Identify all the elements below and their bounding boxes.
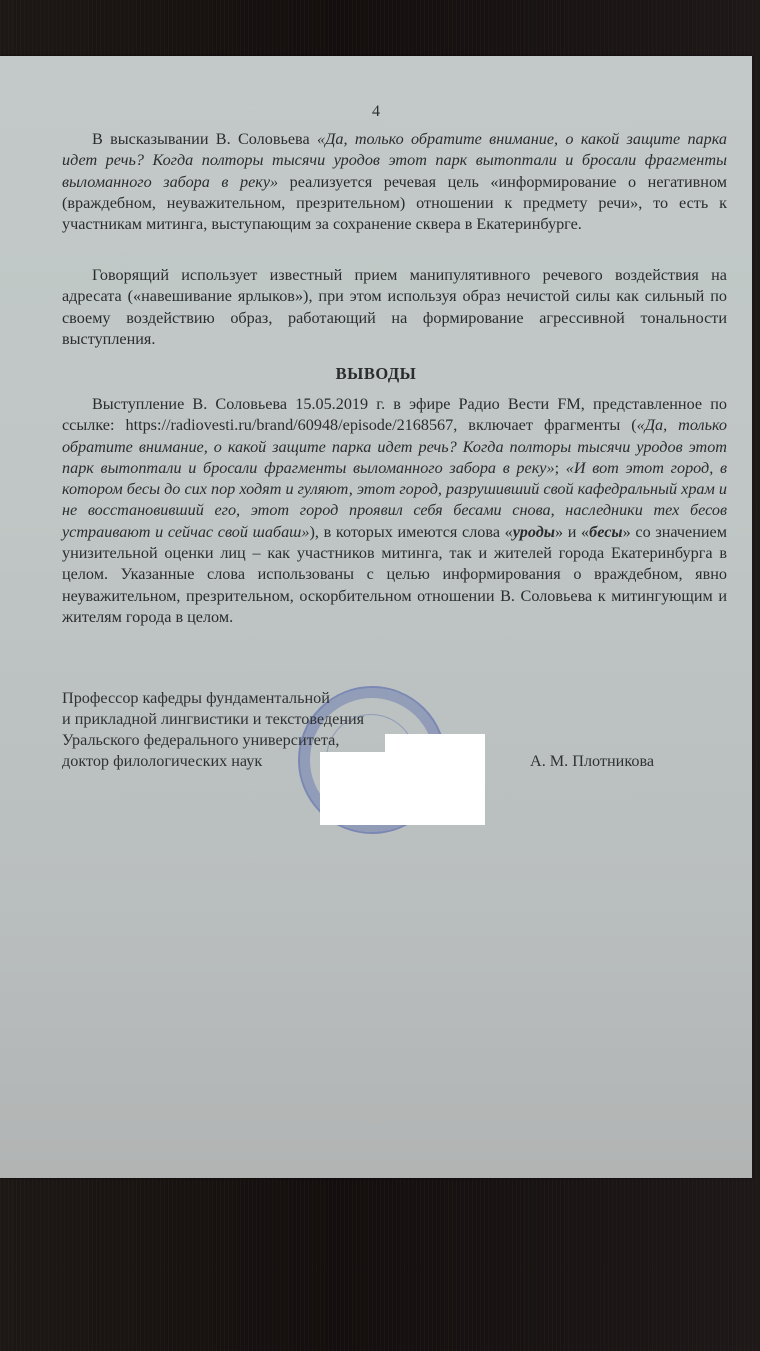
paragraph-manipulation: Говорящий использует известный прием ман… [62, 265, 727, 350]
signature-line-position: Профессор кафедры фундаментальной [62, 688, 702, 709]
keyword-besy: бесы [589, 523, 622, 541]
paragraph-statement-analysis: В высказывании В. Соловьева «Да, только … [62, 129, 727, 235]
signature-line-university: Уральского федерального университета, [62, 730, 702, 751]
signatory-name: А. М. Плотникова [530, 751, 654, 772]
signature-line-department: и прикладной лингвистики и текстоведения [62, 709, 702, 730]
paragraph-lead: В высказывании В. Соловьева [92, 130, 317, 148]
paragraph-mid: ), в которых имеются слова « [310, 523, 513, 541]
redaction-box-top [385, 734, 485, 754]
quote-separator: ; [555, 459, 566, 477]
document-page: 4 В высказывании В. Соловьева «Да, тольк… [0, 56, 752, 1178]
paragraph-and: » и « [555, 523, 589, 541]
keyword-urody: уроды [513, 523, 555, 541]
page-number: 4 [0, 103, 752, 121]
paragraph-conclusions: Выступление В. Соловьева 15.05.2019 г. в… [62, 394, 727, 628]
paragraph-lead: Выступление В. Соловьева 15.05.2019 г. в… [62, 395, 727, 434]
conclusions-heading: ВЫВОДЫ [0, 364, 752, 384]
redaction-box [320, 752, 485, 825]
paragraph-text: Говорящий использует известный прием ман… [62, 265, 727, 350]
